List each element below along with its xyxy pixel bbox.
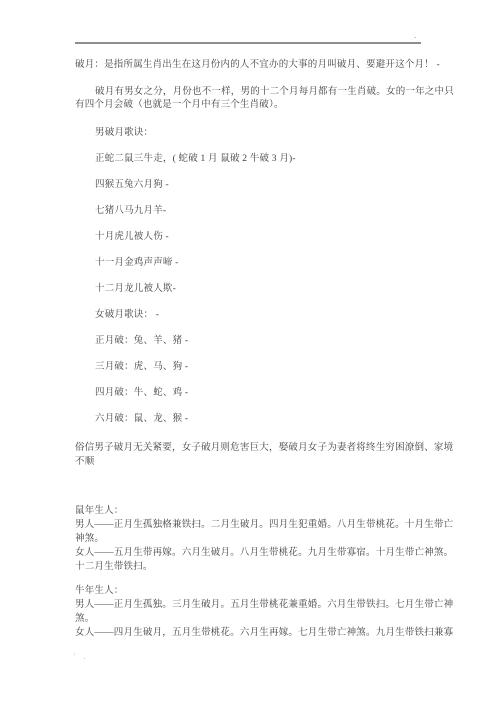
document-page: - 破月：是指所属生肖出生在这月份内的人不宜办的大事的月叫破月、要避开这个月！ … (0, 0, 500, 708)
male-song-line: 正蛇二鼠三牛走，( 蛇破 1 月 鼠破 2 牛破 3 月)- (95, 153, 296, 166)
female-song-line: 四月破：牛、蛇、鸡 - (95, 387, 188, 400)
female-song-line: 六月破：鼠、龙、猴 - (95, 413, 188, 426)
zodiac-section-title: 鼠年生人： (75, 504, 124, 518)
zodiac-female-text: 女人——五月生带再嫁。六月生破月。八月生带桃花。九月生带寡宿。十月生带亡神煞。 … (75, 546, 453, 574)
male-song-line: 十月虎儿被人伤 - (95, 231, 169, 244)
page-bottom-faint-mark: ' . (74, 650, 88, 663)
belief-paragraph: 俗信男子破月无关紧要，女子破月则危害巨大，娶破月女子为妻者将终生穷困潦倒、家境 … (75, 441, 453, 469)
header-divider-end-mark: - (414, 33, 417, 41)
male-song-line: 七猪八马九月羊- (95, 205, 166, 218)
zodiac-section-title: 牛年生人： (75, 584, 124, 598)
female-song-title: 女破月歌诀： - (95, 309, 159, 322)
zodiac-male-text: 男人——正月生孤独格兼铁扫。二月生破月。四月生犯重婚。八月生带桃花。十月生带亡 … (75, 518, 453, 546)
header-divider (75, 42, 421, 44)
zodiac-male-text: 男人——正月生孤独。三月生破月。五月生带桃花兼重婚。六月生带铁扫。七月生带亡神 … (75, 598, 453, 626)
male-song-line: 十一月金鸡声声啼 - (95, 257, 179, 270)
female-song-line: 三月破：虎、马、狗 - (95, 361, 188, 374)
male-song-title: 男破月歌诀： (95, 127, 153, 140)
female-song-line: 正月破：兔、羊、猪 - (95, 335, 188, 348)
zodiac-female-text: 女人——四月生破月，五月生带桃花。六月生再嫁。七月生带亡神煞。九月生带铁扫兼寡 (75, 626, 453, 640)
male-song-line: 四猴五兔六月狗 - (95, 179, 169, 192)
explanation-paragraph: 破月有男女之分，月份也不一样，男的十二个月每月都有一生肖破。女的一年之中只 有四… (75, 86, 454, 112)
male-song-line: 十二月龙儿被人欺- (95, 283, 176, 296)
definition-paragraph: 破月：是指所属生肖出生在这月份内的人不宜办的大事的月叫破月、要避开这个月！ - (75, 59, 440, 72)
